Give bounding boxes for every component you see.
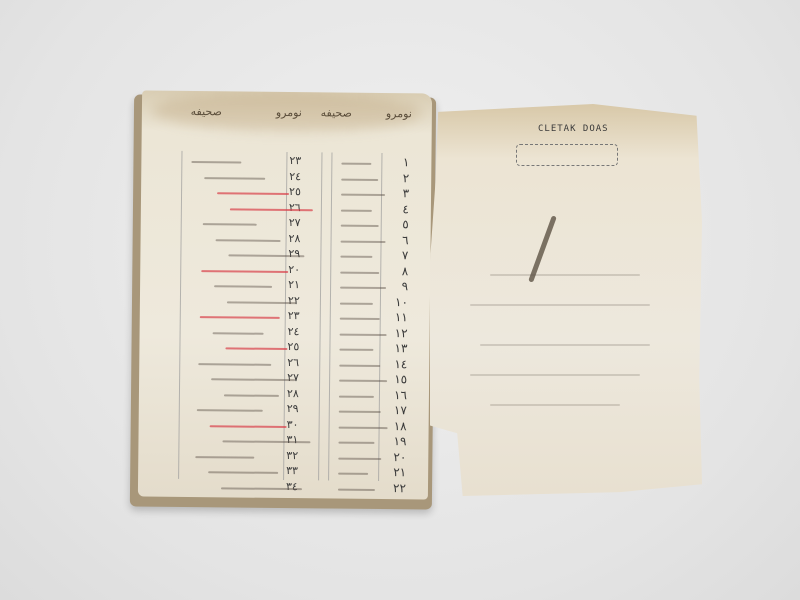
page-number: ٢٧ xyxy=(287,371,299,384)
handwritten-entry xyxy=(341,209,372,211)
page-number: ٢٠ xyxy=(288,263,300,276)
page-number: ٢٧ xyxy=(289,216,301,229)
page-number: ٣٢ xyxy=(286,449,298,462)
row-number: ١٩ xyxy=(394,434,407,448)
handwritten-entry xyxy=(341,225,379,227)
page-number: ٢٦ xyxy=(287,356,299,369)
handwritten-entry xyxy=(340,333,387,335)
row-number: ١٨ xyxy=(394,419,407,433)
ink-smudge xyxy=(528,215,557,282)
handwritten-entry xyxy=(213,332,264,335)
row-number: ٣ xyxy=(403,186,410,200)
handwritten-entry xyxy=(195,456,254,459)
handwritten-entry xyxy=(227,301,296,304)
faded-text-line xyxy=(490,404,620,406)
handwritten-entry xyxy=(197,409,263,412)
handwritten-entry xyxy=(339,395,374,397)
row-number: ١٦ xyxy=(394,388,407,402)
handwritten-entry xyxy=(341,163,371,165)
page-number: ٢٦ xyxy=(289,201,301,214)
handwritten-entry xyxy=(203,223,257,226)
faded-text-line xyxy=(470,304,650,306)
column-rule xyxy=(328,152,332,480)
handwritten-entry xyxy=(208,471,278,474)
handwritten-entry xyxy=(201,270,288,273)
ink-stamp: CLETAK DOAS xyxy=(538,124,609,134)
column-header: نومرو xyxy=(276,106,302,119)
handwritten-entry xyxy=(339,426,388,429)
handwritten-entry xyxy=(224,394,279,397)
handwritten-entry xyxy=(339,349,373,351)
handwritten-entry xyxy=(204,177,265,180)
handwritten-entry xyxy=(341,178,378,180)
column-rule xyxy=(178,151,182,479)
row-number: ١٧ xyxy=(394,403,407,417)
row-number: ٦ xyxy=(402,233,409,247)
faded-text-line xyxy=(480,344,650,346)
row-number: ٢١ xyxy=(393,465,406,479)
page-number: ٣١ xyxy=(286,433,298,446)
handwritten-entry xyxy=(338,488,375,490)
handwritten-entry xyxy=(339,380,387,383)
handwritten-entry xyxy=(217,192,289,195)
handwritten-entry xyxy=(214,285,272,288)
handwritten-entry xyxy=(200,316,280,319)
handwritten-entry xyxy=(210,425,287,428)
page-number: ٢٢ xyxy=(288,294,300,307)
row-number: ٨ xyxy=(402,264,409,278)
row-number: ٢٠ xyxy=(393,450,406,464)
handwritten-entry xyxy=(339,364,380,366)
page-number: ٢٤ xyxy=(289,170,301,183)
handwritten-entry xyxy=(225,347,287,350)
handwritten-entry xyxy=(340,256,372,258)
column-header: صحیفه xyxy=(191,105,222,118)
row-number: ٧ xyxy=(402,248,409,262)
page-number: ٢١ xyxy=(288,278,300,291)
row-number: ١٠ xyxy=(395,295,408,309)
right-manuscript-page: CLETAK DOAS xyxy=(430,104,702,496)
row-number: ٢ xyxy=(403,171,410,185)
row-number: ١٥ xyxy=(394,372,407,386)
handwritten-entry xyxy=(191,161,241,164)
page-number: ٢٤ xyxy=(288,325,300,338)
column-header: نومرو xyxy=(386,107,412,120)
page-number: ٢٩ xyxy=(288,247,300,260)
page-number: ٢٨ xyxy=(287,387,299,400)
row-number: ١١ xyxy=(395,310,408,324)
page-number: ٣٣ xyxy=(286,464,298,477)
faded-text-line xyxy=(490,274,640,276)
handwritten-entry xyxy=(340,271,379,273)
handwritten-entry xyxy=(338,457,381,459)
handwritten-entry xyxy=(222,440,310,443)
row-number: ١ xyxy=(403,155,410,169)
handwritten-entry xyxy=(340,287,386,289)
handwritten-entry xyxy=(341,240,386,242)
page-number: ٢٥ xyxy=(289,185,301,198)
row-number: ٥ xyxy=(402,217,409,231)
row-number: ١٢ xyxy=(395,326,408,340)
page-number: ٢٩ xyxy=(287,402,299,415)
page-number: ٢٣ xyxy=(288,309,300,322)
handwritten-entry xyxy=(338,442,374,444)
handwritten-entry xyxy=(221,487,302,490)
handwritten-entry xyxy=(216,239,281,242)
page-number: ٢٣ xyxy=(289,154,301,167)
faded-text-line xyxy=(470,374,640,376)
handwritten-entry xyxy=(339,411,381,413)
handwritten-entry xyxy=(228,254,304,257)
left-manuscript-page: نومرو صحیفه نومرو صحیفه ١٢٣٢٢٤٣٢٥٤٢٦٥٢٧٦… xyxy=(138,90,432,499)
seal-box xyxy=(516,144,618,166)
handwritten-entry xyxy=(230,208,313,211)
row-number: ٤ xyxy=(402,202,409,216)
row-number: ٢٢ xyxy=(393,481,406,495)
page-number: ٢٥ xyxy=(287,340,299,353)
handwritten-entry xyxy=(340,302,373,304)
column-header: صحیفه xyxy=(321,106,352,119)
column-rule xyxy=(318,152,322,480)
page-number: ٣٤ xyxy=(286,480,298,493)
row-number: ١٣ xyxy=(394,341,407,355)
row-number: ١٤ xyxy=(394,357,407,371)
row-number: ٩ xyxy=(402,279,409,293)
handwritten-entry xyxy=(198,363,271,366)
handwritten-entry xyxy=(341,194,385,196)
page-number: ٢٨ xyxy=(289,232,301,245)
handwritten-entry xyxy=(338,473,368,475)
handwritten-entry xyxy=(340,318,380,320)
handwritten-entry xyxy=(211,378,295,381)
page-number: ٣٠ xyxy=(287,418,299,431)
